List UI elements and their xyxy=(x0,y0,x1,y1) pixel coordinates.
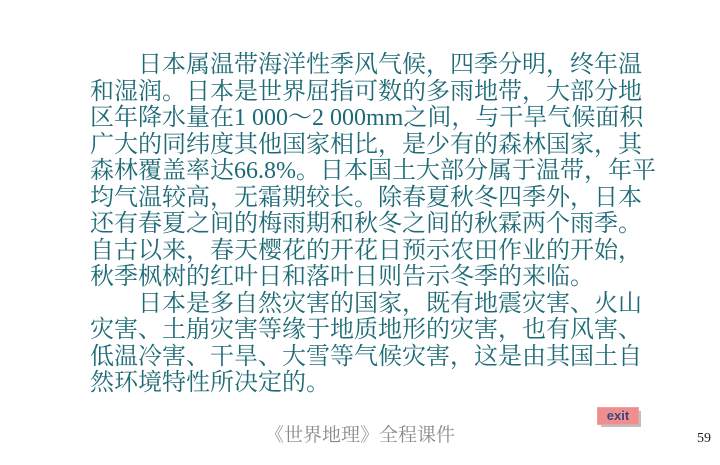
body-text-line: 秋季枫树的红叶日和落叶日则告示冬季的来临。 xyxy=(90,264,690,291)
exit-button[interactable]: exit xyxy=(597,407,639,425)
presentation-slide: 日本属温带海洋性季风气候，四季分明，终年温 和湿润。日本是世界屈指可数的多雨地带… xyxy=(0,0,720,465)
body-text-line: 森林覆盖率达66.8%。日本国土大部分属于温带，年平 xyxy=(90,158,690,185)
body-text-line: 日本属温带海洋性季风气候，四季分明，终年温 xyxy=(90,52,690,79)
body-text-line: 广大的同纬度其他国家相比，是少有的森林国家，其 xyxy=(90,132,690,159)
page-number: 59 xyxy=(697,430,711,448)
body-text-line: 日本是多自然灾害的国家，既有地震灾害、火山 xyxy=(90,291,690,318)
body-text-line: 然环境特性所决定的。 xyxy=(90,370,690,397)
footer-title: 《世界地理》全程课件 xyxy=(0,425,720,447)
body-text-line: 灾害、土崩灾害等缘于地质地形的灾害，也有风害、 xyxy=(90,317,690,344)
slide-body-text: 日本属温带海洋性季风气候，四季分明，终年温 和湿润。日本是世界屈指可数的多雨地带… xyxy=(90,52,690,397)
body-text-line: 还有春夏之间的梅雨期和秋冬之间的秋霖两个雨季。 xyxy=(90,211,690,238)
body-text-line: 区年降水量在1 000～2 000mm之间，与干旱气候面积 xyxy=(90,105,690,132)
body-text-line: 均气温较高，无霜期较长。除春夏秋冬四季外，日本 xyxy=(90,185,690,212)
body-text-line: 自古以来，春天樱花的开花日预示农田作业的开始， xyxy=(90,238,690,265)
body-text-line: 和湿润。日本是世界屈指可数的多雨地带，大部分地 xyxy=(90,79,690,106)
body-text-line: 低温冷害、干旱、大雪等气候灾害，这是由其国土自 xyxy=(90,344,690,371)
